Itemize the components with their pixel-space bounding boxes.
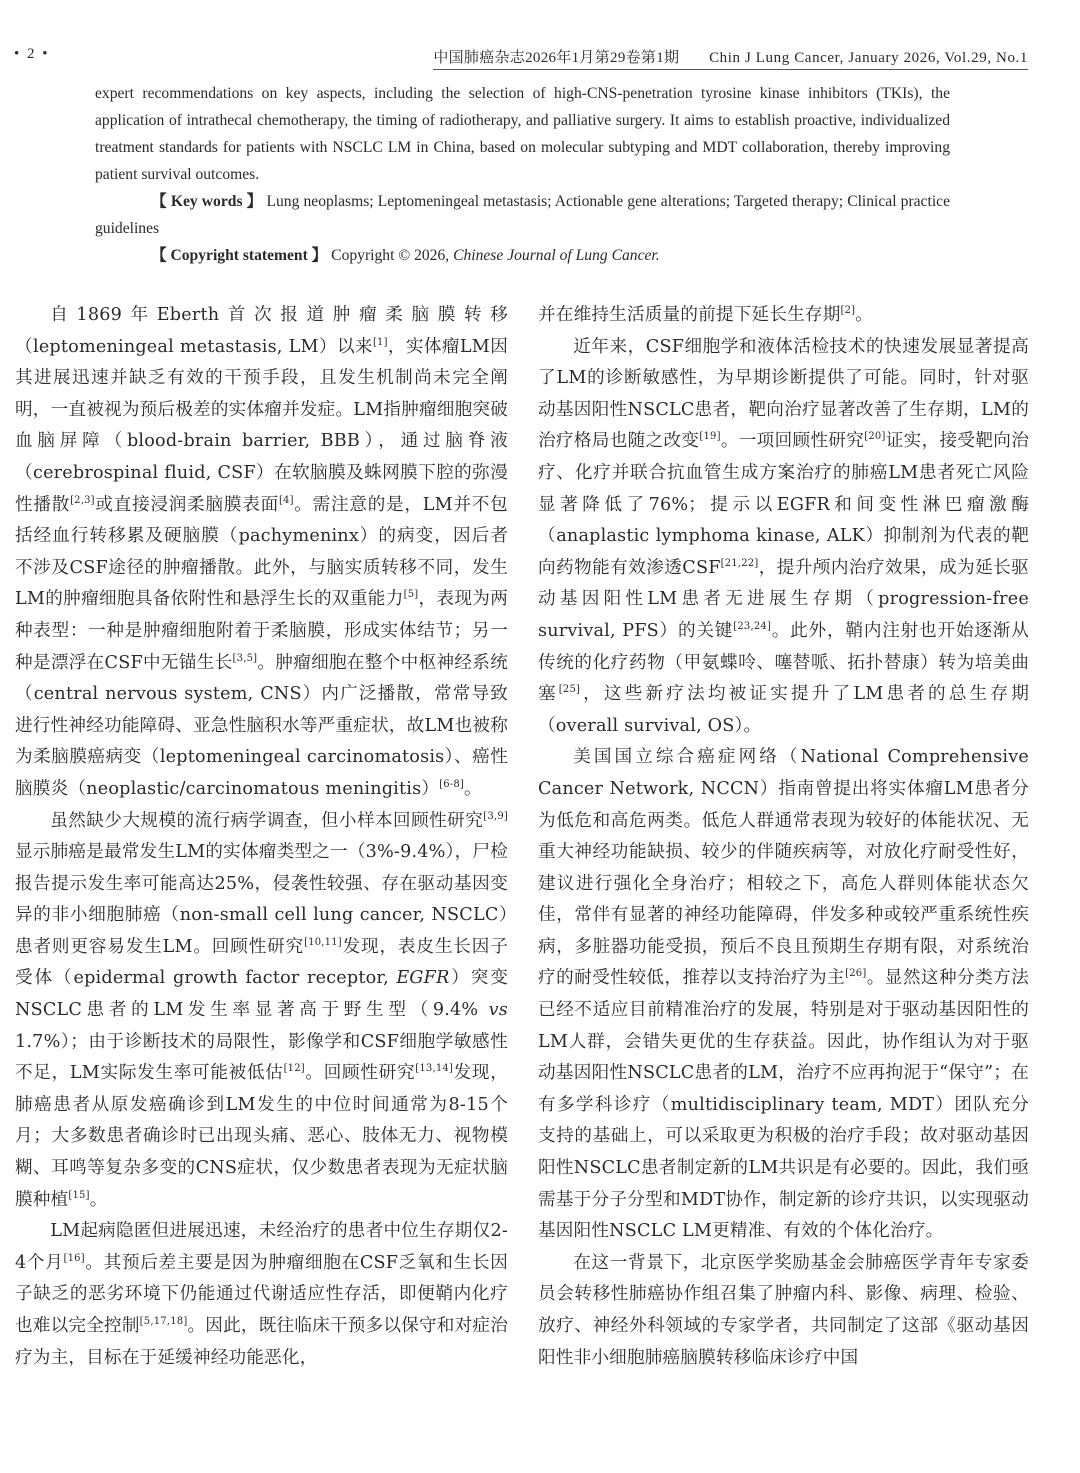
citation[interactable]: [4] (279, 495, 294, 506)
citation[interactable]: [12] (284, 1063, 305, 1074)
text: 。一项回顾性研究 (721, 431, 865, 451)
text: 证实，接受靶向治疗、化疗并联合抗血管生成方案治疗的肺癌LM患者死亡风险显著降低了… (538, 431, 1029, 577)
text: 。 (855, 305, 873, 325)
copyright-text: Copyright © 2026, (327, 247, 453, 264)
citation[interactable]: [2] (841, 305, 856, 316)
right-column: 并在维持生活质量的前提下延长生存期[2]。 近年来，CSF细胞学和液体活检技术的… (538, 300, 1029, 1374)
abstract-section: expert recommendations on key aspects, i… (95, 80, 950, 269)
keywords: 【 Key words 】 Lung neoplasms; Leptomenin… (95, 188, 950, 242)
text: 。肿瘤细胞在整个中枢神经系统（central nervous system, C… (15, 653, 508, 799)
paragraph: 并在维持生活质量的前提下延长生存期[2]。 (538, 300, 1029, 332)
citation[interactable]: [23,24] (733, 621, 771, 632)
citation[interactable]: [25] (559, 684, 580, 695)
left-column: 自1869年Eberth首次报道肿瘤柔脑膜转移（leptomeningeal m… (15, 300, 508, 1374)
keywords-label: 【 Key words 】 (151, 193, 262, 210)
paragraph: 近年来，CSF细胞学和液体活检技术的快速发展显著提高了LM的诊断敏感性，为早期诊… (538, 332, 1029, 743)
citation[interactable]: [3,5] (233, 653, 258, 664)
running-head: • 2 • 中国肺癌杂志2026年1月第29卷第1期 Chin J Lung C… (14, 44, 1028, 70)
journal-title-cn: 中国肺癌杂志2026年1月第29卷第1期 (433, 50, 679, 66)
paragraph: 虽然缺少大规模的流行病学调查，但小样本回顾性研究[3,9]显示肺癌是最常发生LM… (15, 806, 508, 1217)
citation[interactable]: [3,9] (483, 811, 508, 822)
text: 发现，肺癌患者从原发癌确诊到LM发生的中位时间通常为8-15个月；大多数患者确诊… (15, 1063, 508, 1209)
citation[interactable]: [26] (845, 968, 866, 979)
paragraph: 美国国立综合癌症网络（National Comprehensive Cancer… (538, 742, 1029, 1248)
page-number: • 2 • (14, 46, 50, 63)
gene-name: EGFR (396, 968, 449, 988)
abstract-continuation: expert recommendations on key aspects, i… (95, 80, 950, 188)
text: ，这些新疗法均被证实提升了LM患者的总生存期（overall survival,… (538, 684, 1029, 736)
citation[interactable]: [5,17,18] (140, 1316, 188, 1327)
text: 。回顾性研究 (305, 1063, 415, 1083)
citation[interactable]: [13,14] (415, 1063, 453, 1074)
citation[interactable]: [6-8] (439, 779, 464, 790)
copyright-journal: Chinese Journal of Lung Cancer. (453, 247, 660, 264)
citation[interactable]: [2,3] (70, 495, 95, 506)
text: 美国国立综合癌症网络（National Comprehensive Cancer… (538, 747, 1029, 988)
text: 1.7%）；由于诊断技术的局限性，影像学和CSF细胞学敏感性不足，LM实际发生率… (15, 1032, 508, 1084)
journal-title-en: Chin J Lung Cancer, January 2026, Vol.29… (709, 50, 1028, 66)
citation[interactable]: [19] (699, 431, 720, 442)
citation[interactable]: [5] (404, 589, 419, 600)
citation[interactable]: [15] (68, 1190, 89, 1201)
text: 或直接浸润柔脑膜表面 (95, 495, 279, 515)
citation[interactable]: [16] (64, 1253, 85, 1264)
citation[interactable]: [21,22] (721, 558, 759, 569)
text: 在这一背景下，北京医学奖励基金会肺癌医学青年专家委员会转移性肺癌协作组召集了肿瘤… (538, 1253, 1029, 1368)
text: 并在维持生活质量的前提下延长生存期 (538, 305, 841, 325)
journal-citation: 中国肺癌杂志2026年1月第29卷第1期 Chin J Lung Cancer,… (433, 46, 1028, 70)
citation[interactable]: [1] (373, 337, 388, 348)
text: 虽然缺少大规模的流行病学调查，但小样本回顾性研究 (50, 811, 483, 831)
text: 。显然这种分类方法已经不适应目前精准治疗的发展，特别是对于驱动基因阳性的LM人群… (538, 968, 1029, 1241)
paragraph: 在这一背景下，北京医学奖励基金会肺癌医学青年专家委员会转移性肺癌协作组召集了肿瘤… (538, 1248, 1029, 1374)
text: ，实体瘤LM因其进展迅速并缺乏有效的干预手段，且发生机制尚未完全阐明，一直被视为… (15, 337, 508, 515)
citation[interactable]: [10,11] (304, 937, 342, 948)
citation[interactable]: [20] (864, 431, 885, 442)
copyright-statement: 【 Copyright statement 】 Copyright © 2026… (95, 242, 950, 269)
paragraph: 自1869年Eberth首次报道肿瘤柔脑膜转移（leptomeningeal m… (15, 300, 508, 806)
text: 。 (464, 779, 482, 799)
copyright-label: 【 Copyright statement 】 (151, 247, 327, 264)
text: vs (489, 1000, 508, 1020)
paragraph: LM起病隐匿但进展迅速，未经治疗的患者中位生存期仅2-4个月[16]。其预后差主… (15, 1216, 508, 1374)
text: 。 (90, 1190, 108, 1210)
